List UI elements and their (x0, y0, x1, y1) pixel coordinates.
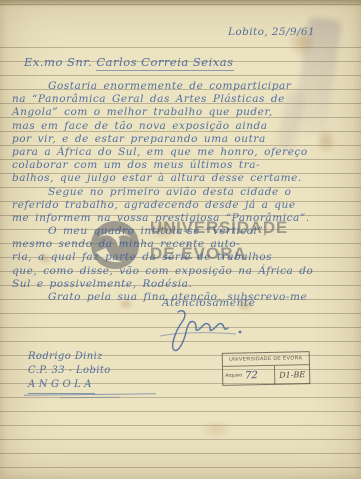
body-line: O meu quadro intitula-se “Vertical”, (12, 225, 356, 238)
body-line: Gostaria enormemente de comparticipar (12, 80, 356, 93)
body-line: para a África do Sul, em que me honro, o… (12, 146, 356, 159)
letter-body: Gostaria enormemente de comparticipar na… (12, 80, 356, 304)
body-line: que, como disse, vão com exposição na Áf… (12, 265, 356, 278)
signature (140, 306, 270, 354)
body-line: Segue no primeiro avião desta cidade o (12, 186, 356, 199)
paper-top-edge-shadow (0, 0, 361, 7)
body-line: balhos, que julgo estar à altura desse c… (12, 172, 356, 185)
sender-box: C.P. 33 - Lobito (28, 364, 111, 378)
stamp-label: Arquivo (223, 373, 242, 379)
sender-name: Rodrigo Diniz (28, 350, 111, 364)
stamp-number: 72 (245, 369, 274, 381)
address-underline-flourish (60, 397, 120, 401)
salutation-name: Carlos Correia Seixas (96, 55, 233, 71)
salutation: Ex.mo Snr. Carlos Correia Seixas (24, 55, 234, 69)
body-line: mesmo sendo da minha recente auto- (12, 238, 356, 251)
salutation-prefix: Ex.mo Snr. (24, 55, 92, 69)
body-line: por vir, e de estar preparando uma outra (12, 133, 356, 146)
body-line: me informem na vossa prestigiosa “Panorâ… (12, 212, 356, 225)
body-line: ria, a qual faz parte da série de trabal… (12, 251, 356, 264)
body-line: referido trabalho, agradecendo desde já … (12, 199, 356, 212)
date-line: Lobito, 25/9/61 (228, 26, 315, 38)
stamp-bottom-row: Arquivo 72 D1-BE (223, 365, 309, 385)
scanned-letter-page: UNIVERSIDADE DE ÉVORA Lobito, 25/9/61 Ex… (0, 0, 361, 479)
body-line: mas em face de tão nova exposição ainda (12, 120, 356, 133)
body-line: Sul e possivelmente, Rodésia. (12, 278, 356, 291)
stamp-code: D1-BE (275, 370, 309, 380)
sender-country: ANGOLA (28, 378, 95, 394)
archive-stamp: UNIVERSIDADE DE ÉVORA Arquivo 72 D1-BE (222, 351, 311, 386)
sender-address: Rodrigo Diniz C.P. 33 - Lobito ANGOLA (28, 350, 111, 394)
body-line: Angola” com o melhor trabalho que puder, (12, 106, 356, 119)
body-line: na “Panorâmica Geral das Artes Plásticas… (12, 93, 356, 106)
body-line: colaborar com um dos meus últimos tra- (12, 159, 356, 172)
signature-flourish-icon (140, 306, 270, 354)
